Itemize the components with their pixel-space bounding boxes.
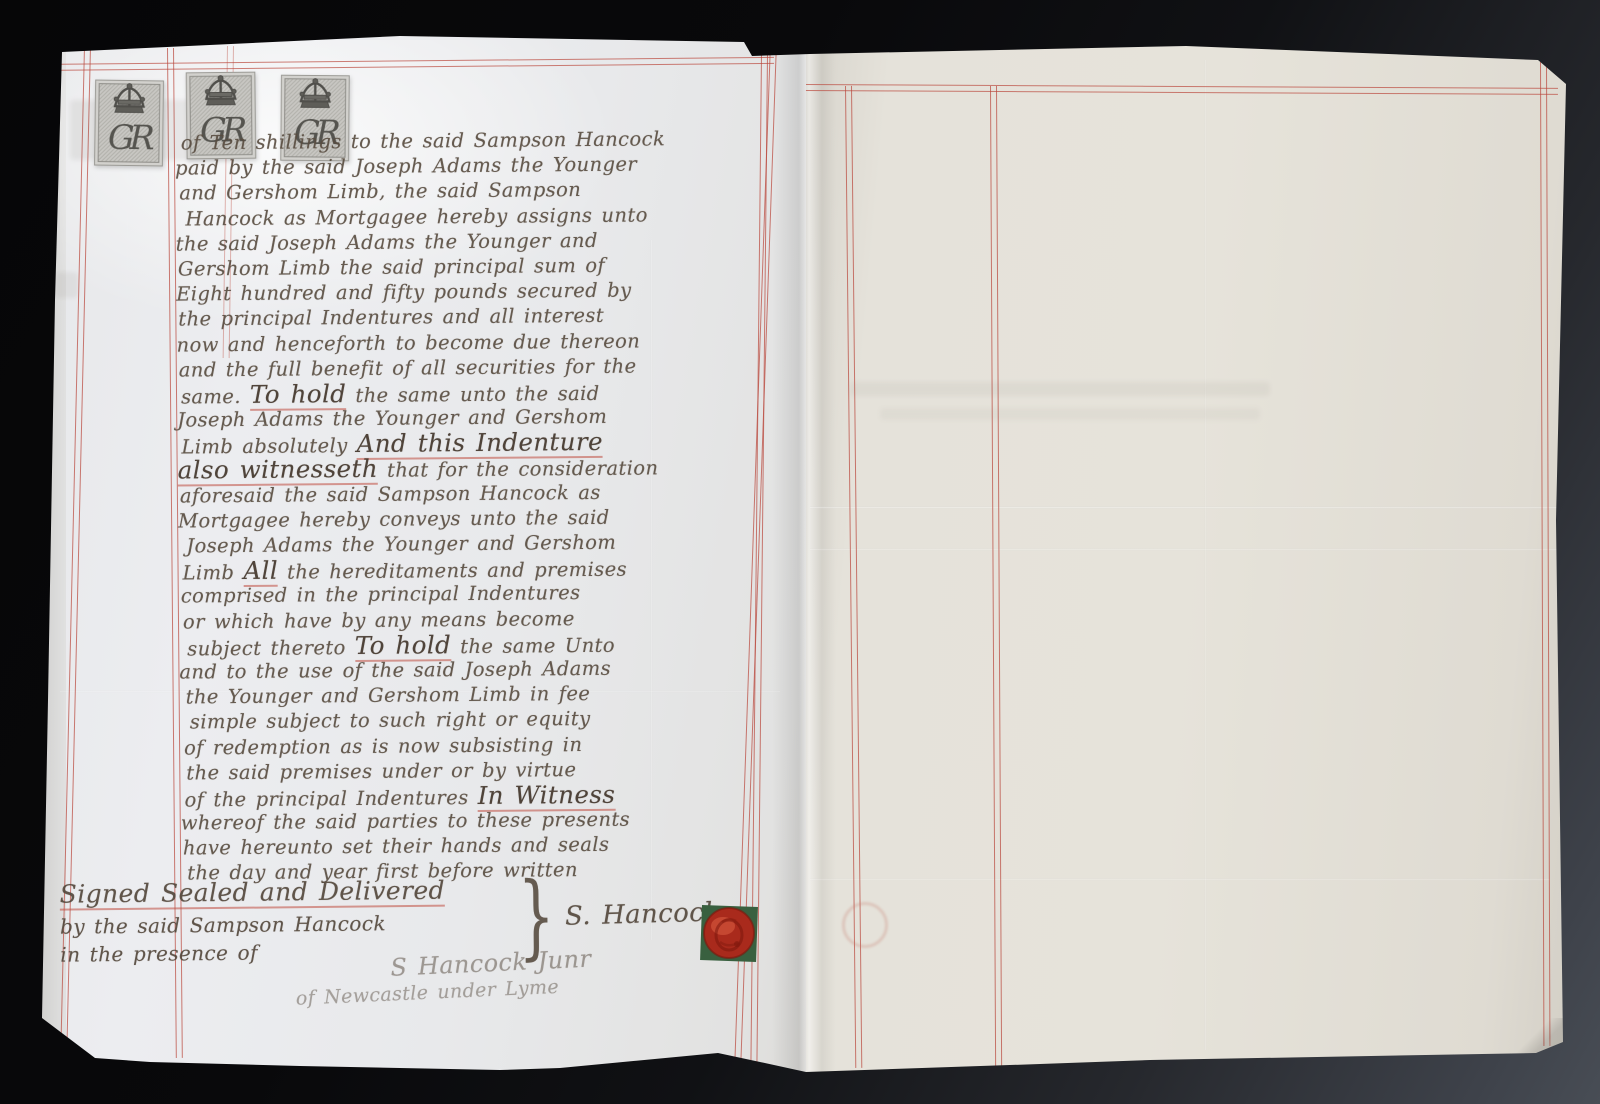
center-fold xyxy=(772,0,836,1104)
manuscript-text: Mortgagee hereby conveys unto the said xyxy=(178,506,610,533)
manuscript-text: Limb xyxy=(182,561,243,585)
edge-mark xyxy=(56,272,78,298)
manuscript-text: simple subject to such right or equity xyxy=(190,707,591,733)
bleed-through-mark xyxy=(880,408,1260,420)
manuscript-text: now and henceforth to become due thereon xyxy=(176,329,640,356)
bleed-through-mark xyxy=(850,382,1270,396)
manuscript-text: of redemption as is now subsisting in xyxy=(184,733,582,759)
manuscript-text: paid by the said Joseph Adams the Younge… xyxy=(175,153,637,180)
manuscript-text: and the full benefit of all securities f… xyxy=(179,354,637,381)
manuscript-text: of Ten shillings to the said Sampson Han… xyxy=(181,127,666,154)
manuscript-text: and Gershom Limb, the said Sampson xyxy=(179,178,581,205)
crease xyxy=(810,548,1558,551)
crease xyxy=(810,506,1558,509)
manuscript-text: the same Unto xyxy=(451,633,615,657)
manuscript-text: whereof the said parties to these presen… xyxy=(181,808,630,835)
attestation-heading: Signed Sealed and Delivered xyxy=(60,876,446,911)
manuscript-text: Joseph Adams the Younger and Gershom xyxy=(186,531,616,558)
manuscript-lines: of Ten shillings to the said Sampson Han… xyxy=(175,125,768,886)
manuscript-text: comprised in the principal Indentures xyxy=(181,581,581,607)
manuscript-text: and to the use of the said Joseph Adams xyxy=(179,657,611,684)
photo-stage: GR GR xyxy=(0,0,1600,1104)
manuscript-text: Gershom Limb the said principal sum of xyxy=(178,254,605,281)
seal-impression xyxy=(842,902,888,948)
manuscript-text: Hancock as Mortgagee hereby assigns unto xyxy=(185,203,648,230)
right-page xyxy=(806,0,1600,1104)
manuscript-text: or which have by any means become xyxy=(183,607,575,633)
revenue-stamp: GR xyxy=(92,80,165,171)
crease xyxy=(810,878,1550,881)
crease xyxy=(1204,60,1207,1050)
manuscript-text: have hereunto set their hands and seals xyxy=(183,833,610,860)
wax-seal-graphic xyxy=(696,902,762,966)
attestation-block: Signed Sealed and Delivered by the said … xyxy=(60,872,761,966)
indenture-document: GR GR xyxy=(0,0,1600,1104)
stamp-monogram: GR xyxy=(108,118,154,158)
manuscript-text: that for the consideration xyxy=(378,457,659,482)
manuscript-text: aforesaid the said Sampson Hancock as xyxy=(180,480,601,507)
manuscript-text: the principal Indentures and all interes… xyxy=(178,304,604,331)
manuscript-text: Eight hundred and fifty pounds secured b… xyxy=(176,279,632,306)
manuscript-text: same. xyxy=(181,385,250,409)
manuscript-text: the Younger and Gershom Limb in fee xyxy=(186,682,591,709)
manuscript-text: the same unto the said xyxy=(346,382,599,407)
wax-seal xyxy=(696,902,762,970)
manuscript-text: subject thereto xyxy=(187,636,355,660)
manuscript-text: the said Joseph Adams the Younger and xyxy=(176,229,598,256)
crown-monogram-stamp-graphic: GR xyxy=(92,80,165,167)
